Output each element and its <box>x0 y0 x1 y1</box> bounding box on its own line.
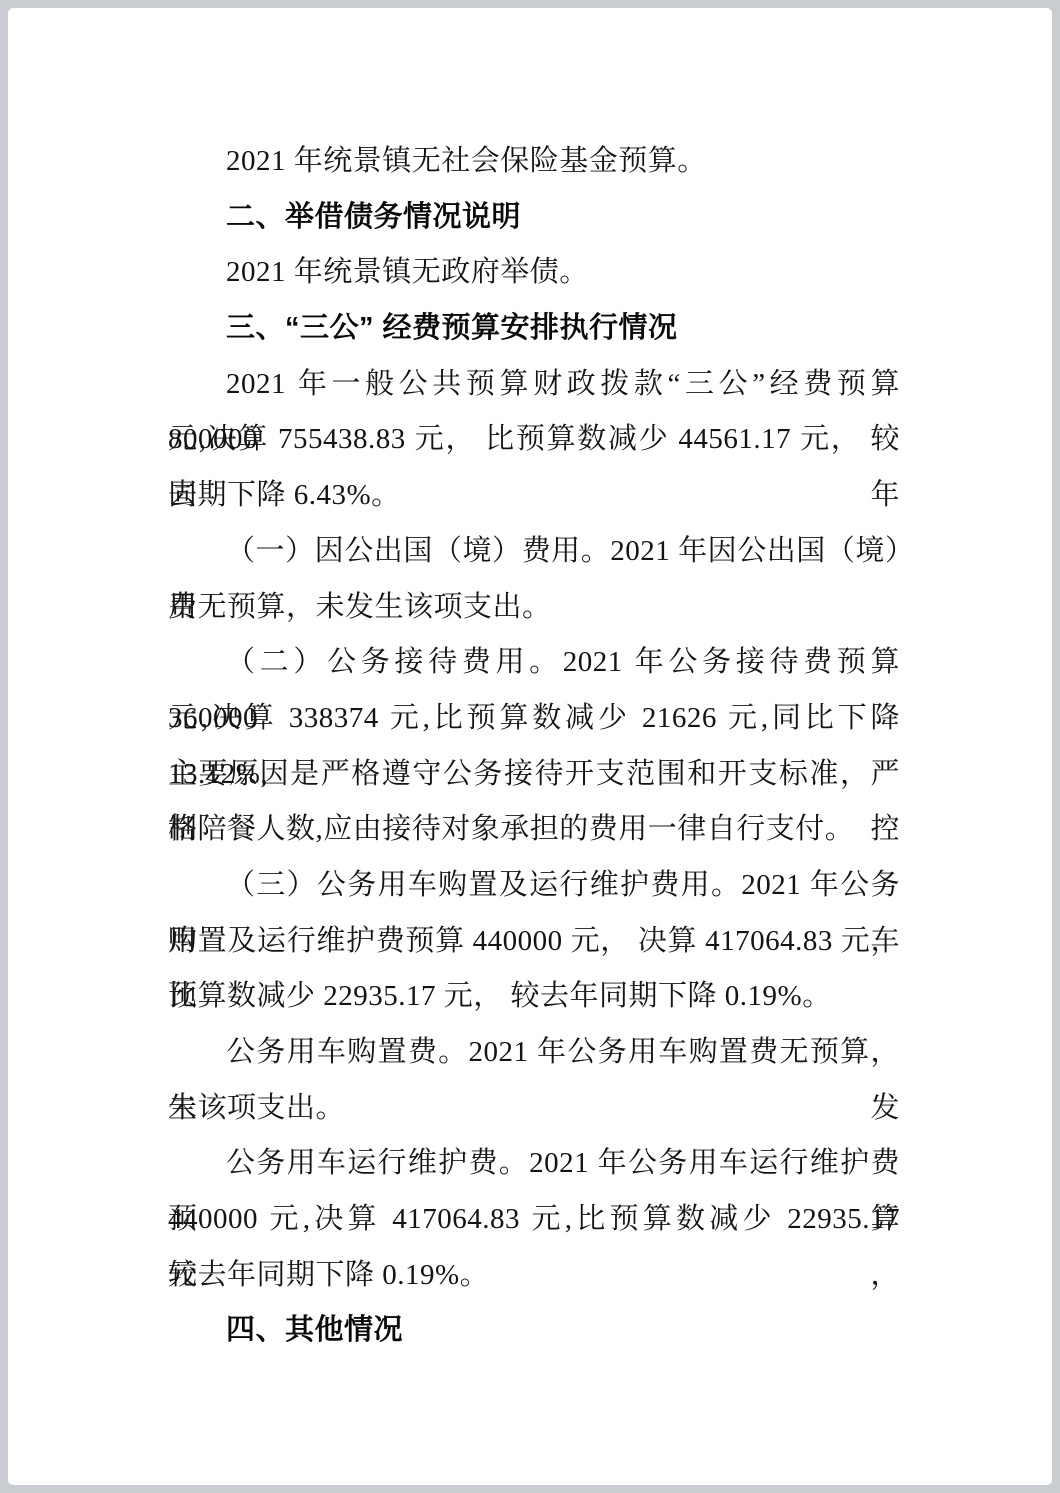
section-heading-4: 四、其他情况 <box>168 1303 900 1359</box>
text-line: 公务用车运行维护费。2021 年公务用车运行维护费预算 <box>168 1136 900 1192</box>
section-heading-3: 三、“三公” 经费预算安排执行情况 <box>168 301 900 357</box>
text-line: 440000 元,决算 417064.83 元,比预算数减少 22935.17 … <box>168 1192 900 1248</box>
text-line: 元,决算 338374 元,比预算数减少 21626 元,同比下降 13.12%… <box>168 691 900 747</box>
text-line: 制陪餐人数,应由接待对象承担的费用一律自行支付。 <box>168 802 900 858</box>
document-page: 2021 年统景镇无社会保险基金预算。 二、举借债务情况说明 2021 年统景镇… <box>8 8 1052 1485</box>
paragraph: （三）公务用车购置及运行维护费用。2021 年公务用车 购置及运行维护费预算 4… <box>168 858 900 1025</box>
heading-line: 四、其他情况 <box>168 1303 900 1359</box>
paragraph: 公务用车购置费。2021 年公务用车购置费无预算，未发 生该项支出。 <box>168 1025 900 1136</box>
paragraph: 2021 年统景镇无政府举债。 <box>168 245 900 301</box>
text-line: （一）因公出国（境）费用。2021 年因公出国（境）费 <box>168 524 900 580</box>
document-content: 2021 年统景镇无社会保险基金预算。 二、举借债务情况说明 2021 年统景镇… <box>8 8 900 1359</box>
heading-line: 三、“三公” 经费预算安排执行情况 <box>168 301 900 357</box>
section-heading-2: 二、举借债务情况说明 <box>168 190 900 246</box>
text-line: 2021 年统景镇无社会保险基金预算。 <box>168 134 900 190</box>
paragraph: 公务用车运行维护费。2021 年公务用车运行维护费预算 440000 元,决算 … <box>168 1136 900 1303</box>
text-line: 2021 年统景镇无政府举债。 <box>168 245 900 301</box>
heading-line: 二、举借债务情况说明 <box>168 190 900 246</box>
paragraph: （一）因公出国（境）费用。2021 年因公出国（境）费 用无预算，未发生该项支出… <box>168 524 900 635</box>
text-line: 用无预算，未发生该项支出。 <box>168 580 900 636</box>
paragraph: （二）公务接待费用。2021 年公务接待费预算 360000 元,决算 3383… <box>168 635 900 858</box>
paragraph: 2021 年统景镇无社会保险基金预算。 <box>168 134 900 190</box>
text-line: 2021 年一般公共预算财政拨款“三公”经费预算 800000 <box>168 357 900 413</box>
text-line: 公务用车购置费。2021 年公务用车购置费无预算，未发 <box>168 1025 900 1081</box>
text-line: 元,决算 755438.83 元， 比预算数减少 44561.17 元， 较去年 <box>168 412 900 468</box>
text-line: （三）公务用车购置及运行维护费用。2021 年公务用车 <box>168 858 900 914</box>
paragraph: 2021 年一般公共预算财政拨款“三公”经费预算 800000 元,决算 755… <box>168 357 900 524</box>
text-line: 预算数减少 22935.17 元， 较去年同期下降 0.19%。 <box>168 969 900 1025</box>
text-line: 主要原因是严格遵守公务接待开支范围和开支标准，严格控 <box>168 747 900 803</box>
text-line: （二）公务接待费用。2021 年公务接待费预算 360000 <box>168 635 900 691</box>
text-line: 购置及运行维护费预算 440000 元， 决算 417064.83 元， 比 <box>168 914 900 970</box>
